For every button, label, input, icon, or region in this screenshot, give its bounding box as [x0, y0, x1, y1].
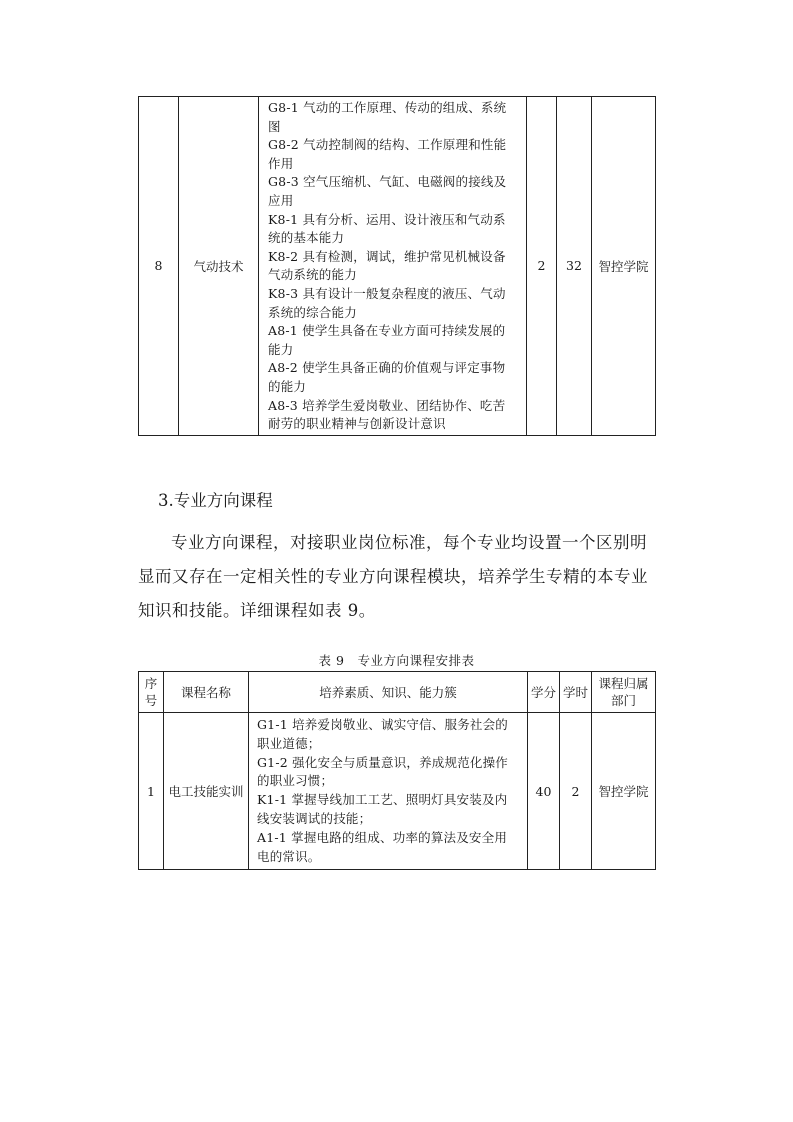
desc-line: G8-1 气动的工作原理、传动的组成、系统	[268, 99, 522, 118]
desc-line: A1-1 掌握电路的组成、功率的算法及安全用	[257, 829, 524, 848]
header-qualities: 培养素质、知识、能力簇	[249, 672, 528, 713]
desc-line: A8-1 使学生具备在专业方面可持续发展的	[268, 322, 522, 341]
desc-line: 作用	[268, 155, 522, 174]
credits: 2	[527, 97, 557, 436]
table-caption: 表 9 专业方向课程安排表	[138, 651, 655, 669]
course-name: 气动技术	[179, 97, 259, 436]
qualities-cell: G8-1 气动的工作原理、传动的组成、系统 图 G8-2 气动控制阀的结构、工作…	[259, 97, 527, 436]
desc-line: 应用	[268, 192, 522, 211]
header-department: 课程归属部门	[592, 672, 656, 713]
course-name: 电工技能实训	[164, 713, 249, 870]
header-course: 课程名称	[164, 672, 249, 713]
header-hours: 学时	[560, 672, 592, 713]
department: 智控学院	[592, 713, 656, 870]
desc-line: G1-1 培养爱岗敬业、诚实守信、服务社会的	[257, 716, 524, 735]
section-paragraph: 专业方向课程，对接职业岗位标准，每个专业均设置一个区别明显而又存在一定相关性的专…	[138, 526, 658, 628]
desc-line: 电的常识。	[257, 848, 524, 867]
desc-line: 气动系统的能力	[268, 266, 522, 285]
desc-line: 能力	[268, 341, 522, 360]
table-row: 1 电工技能实训 G1-1 培养爱岗敬业、诚实守信、服务社会的 职业道德； G1…	[139, 713, 656, 870]
desc-line: K8-1 具有分析、运用、设计液压和气动系	[268, 211, 522, 230]
desc-line: K1-1 掌握导线加工工艺、照明灯具安装及内	[257, 791, 524, 810]
desc-line: K8-2 具有检测，调试，维护常见机械设备	[268, 248, 522, 267]
hours: 32	[557, 97, 592, 436]
desc-line: 图	[268, 118, 522, 137]
table-header-row: 序号 课程名称 培养素质、知识、能力簇 学分 学时 课程归属部门	[139, 672, 656, 713]
header-credits: 学分	[528, 672, 560, 713]
qualities-cell: G1-1 培养爱岗敬业、诚实守信、服务社会的 职业道德； G1-2 强化安全与质…	[249, 713, 528, 870]
desc-line: 统的基本能力	[268, 229, 522, 248]
desc-line: 线安装调试的技能；	[257, 810, 524, 829]
table-row: 8 气动技术 G8-1 气动的工作原理、传动的组成、系统 图 G8-2 气动控制…	[139, 97, 656, 436]
desc-line: 的职业习惯；	[257, 772, 524, 791]
desc-line: K8-3 具有设计一般复杂程度的液压、气动	[268, 285, 522, 304]
desc-line: A8-3 培养学生爱岗敬业、团结协作、吃苦	[268, 397, 522, 416]
department: 智控学院	[592, 97, 656, 436]
desc-line: A8-2 使学生具备正确的价值观与评定事物	[268, 359, 522, 378]
desc-line: G8-2 气动控制阀的结构、工作原理和性能	[268, 136, 522, 155]
desc-line: 的能力	[268, 378, 522, 397]
header-index: 序号	[139, 672, 164, 713]
desc-line: G1-2 强化安全与质量意识，养成规范化操作	[257, 754, 524, 773]
hours: 2	[560, 713, 592, 870]
desc-line: 系统的综合能力	[268, 304, 522, 323]
desc-line: 耐劳的职业精神与创新设计意识	[268, 415, 522, 434]
table-8-continued: 8 气动技术 G8-1 气动的工作原理、传动的组成、系统 图 G8-2 气动控制…	[138, 96, 656, 436]
row-index: 8	[139, 97, 179, 436]
table-9: 序号 课程名称 培养素质、知识、能力簇 学分 学时 课程归属部门 1 电工技能实…	[138, 671, 656, 870]
credits: 40	[528, 713, 560, 870]
desc-line: 职业道德；	[257, 735, 524, 754]
section-heading: 3.专业方向课程	[158, 487, 273, 511]
row-index: 1	[139, 713, 164, 870]
desc-line: G8-3 空气压缩机、气缸、电磁阀的接线及	[268, 173, 522, 192]
